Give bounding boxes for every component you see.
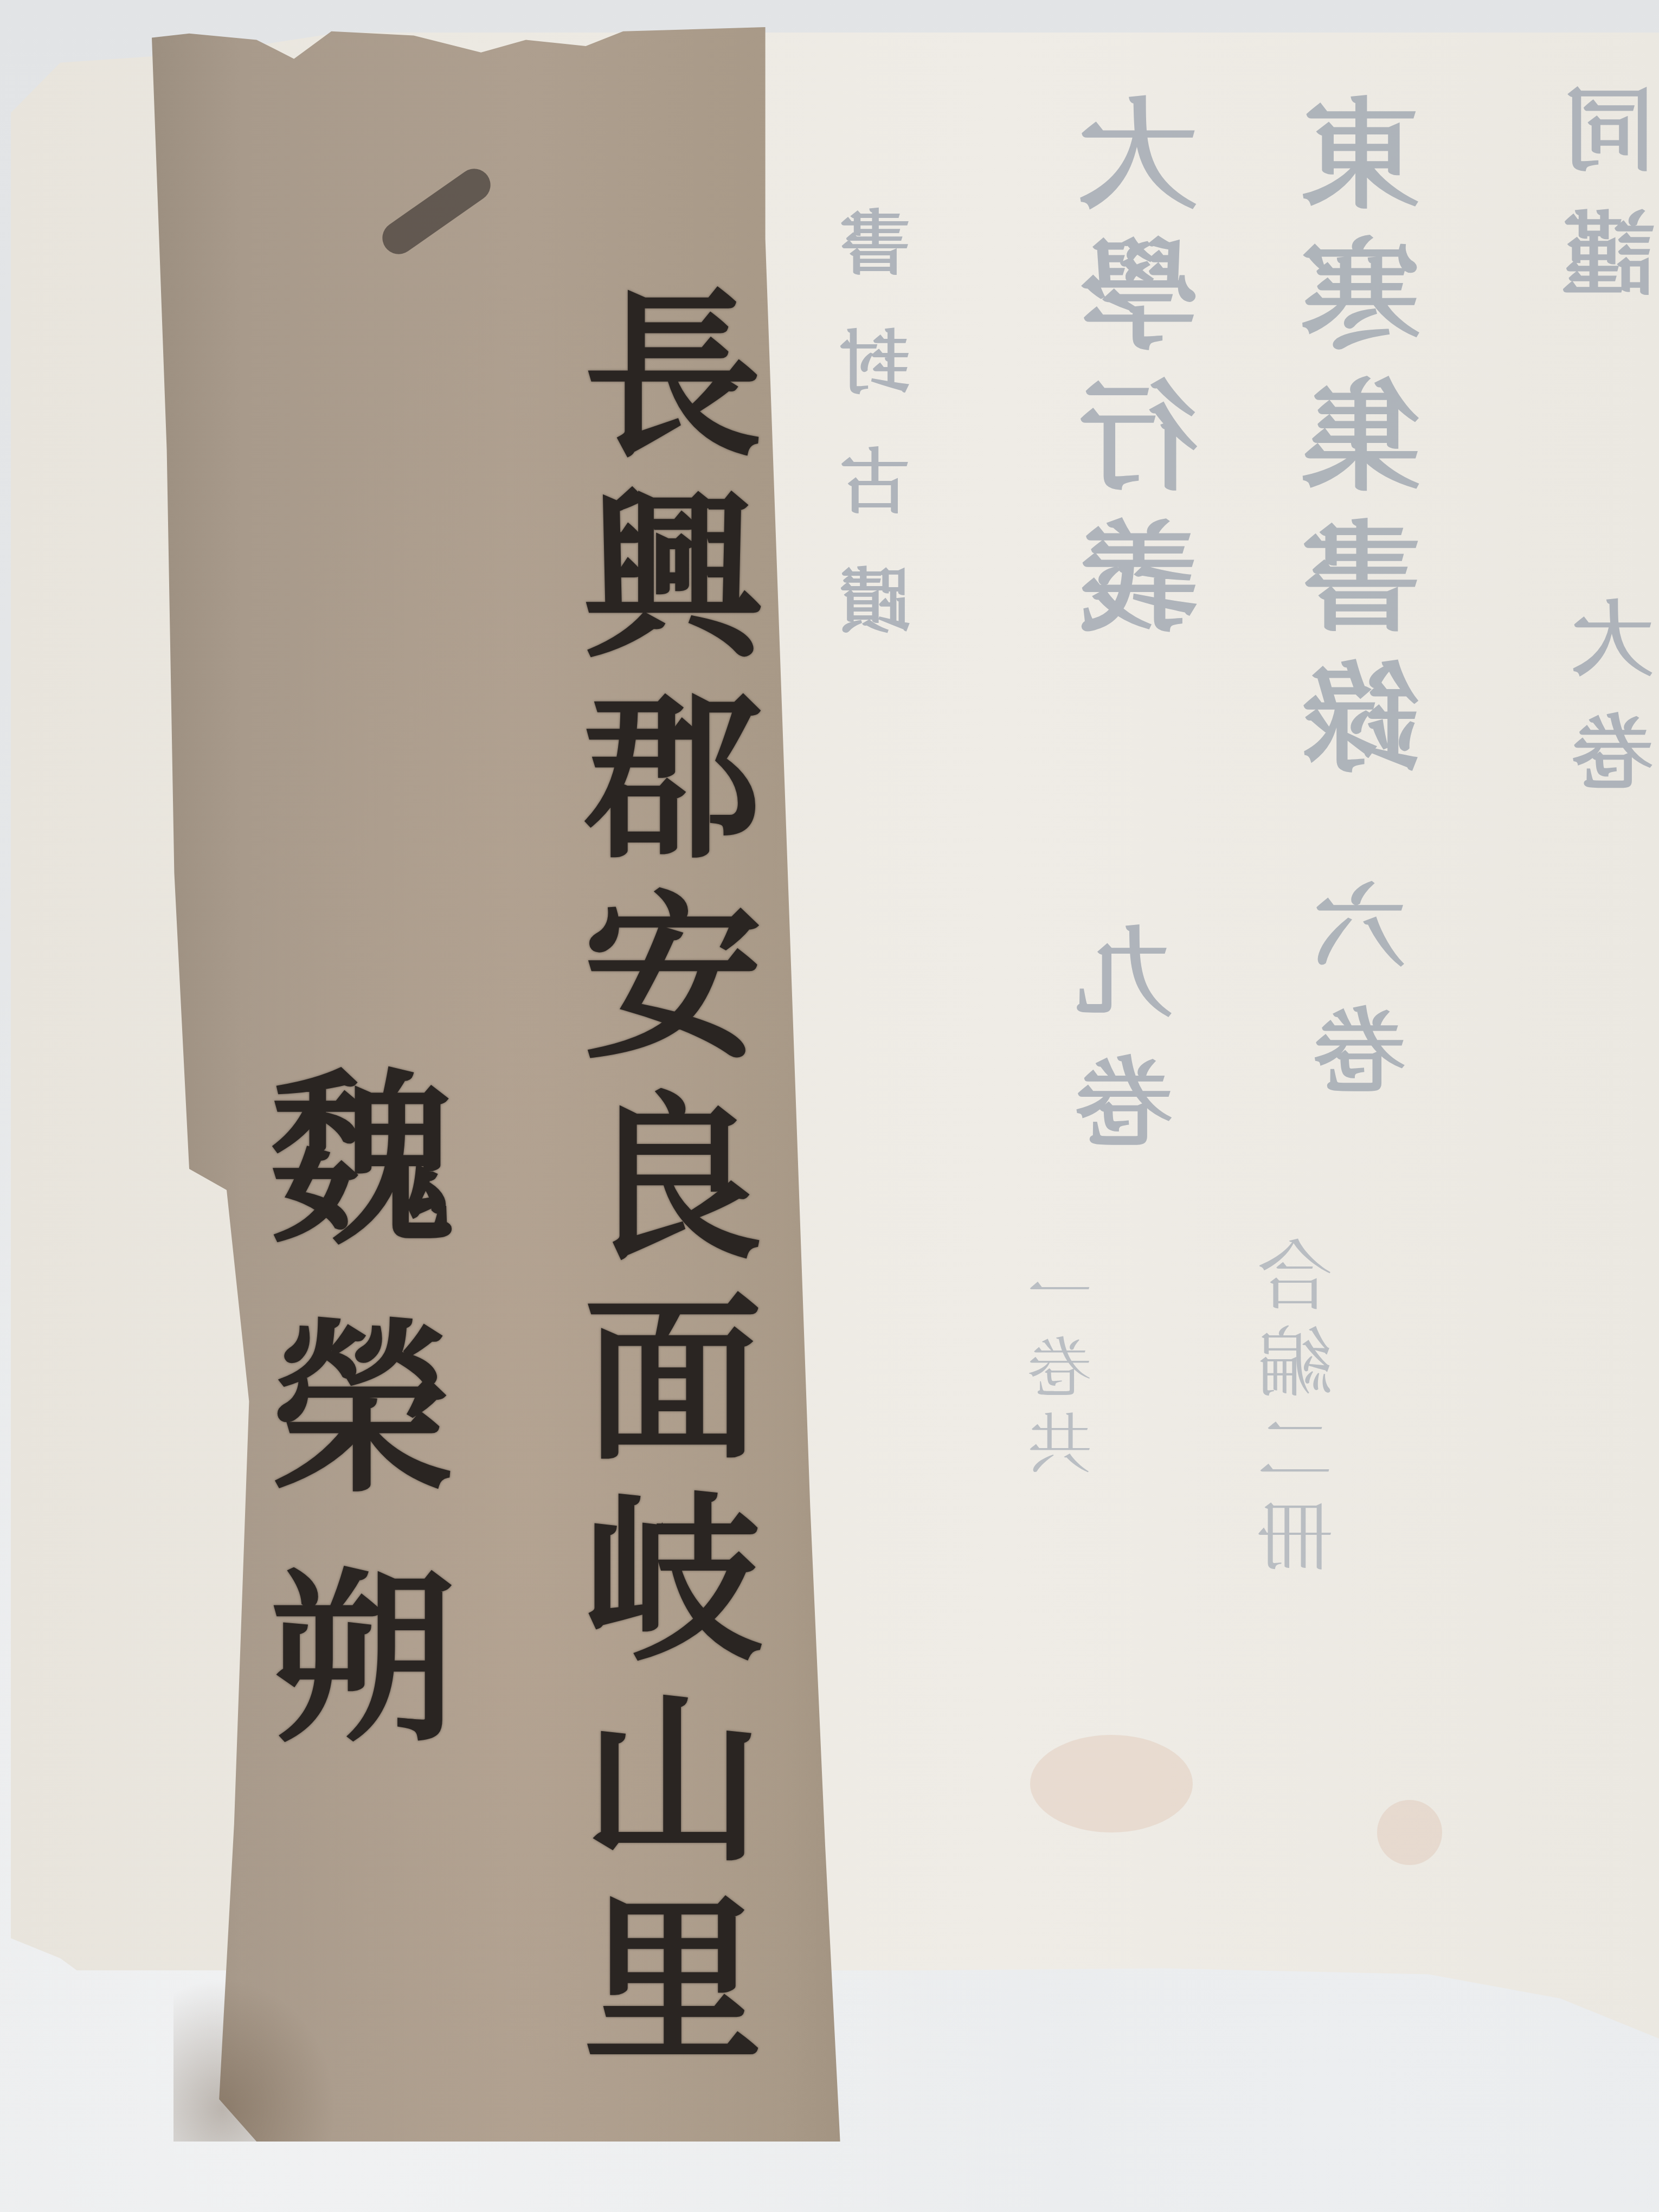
faded-column-3: 大學行義 xyxy=(1063,92,1234,656)
recipient-name-column: 魏榮朔 xyxy=(255,1063,439,1811)
faded-column-1-suffix: 大卷 xyxy=(1561,596,1659,824)
recipient-name-text: 魏榮朔 xyxy=(239,1063,455,1811)
water-stain xyxy=(1030,1735,1193,1832)
water-stain xyxy=(1377,1800,1442,1865)
faded-column-3-volume-text: 九卷 xyxy=(1075,922,1189,1182)
faded-column-2-volume: 六卷 xyxy=(1301,878,1434,1128)
faded-column-2-volume-text: 六卷 xyxy=(1314,878,1422,1128)
faded-column-3-volume: 九卷 xyxy=(1063,922,1203,1182)
faded-column-3-note-text: 一卷共 xyxy=(1028,1258,1103,1486)
faded-column-2-note-text: 合編二冊 xyxy=(1257,1236,1346,1583)
faded-column-1-suffix-text: 大卷 xyxy=(1572,596,1659,824)
faded-column-4-text: 書封古蹟 xyxy=(839,206,922,683)
slip-discoloration xyxy=(173,1979,336,2142)
faded-column-1-text: 同謹 xyxy=(1563,81,1659,331)
faded-column-1: 同謹 xyxy=(1551,81,1659,331)
faded-column-4: 書封古蹟 xyxy=(829,206,931,683)
faded-column-2: 東寒集書錄 xyxy=(1285,92,1456,797)
faded-column-2-text: 東寒集書錄 xyxy=(1300,92,1441,797)
faded-column-3-note: 一卷共 xyxy=(1019,1258,1113,1486)
address-text: 長興郡安良面岐山里 xyxy=(554,282,764,2087)
faded-column-3-text: 大學行義 xyxy=(1078,92,1218,656)
faded-column-2-note: 合編二冊 xyxy=(1247,1236,1356,1583)
address-column: 長興郡安良面岐山里 xyxy=(569,282,748,2087)
